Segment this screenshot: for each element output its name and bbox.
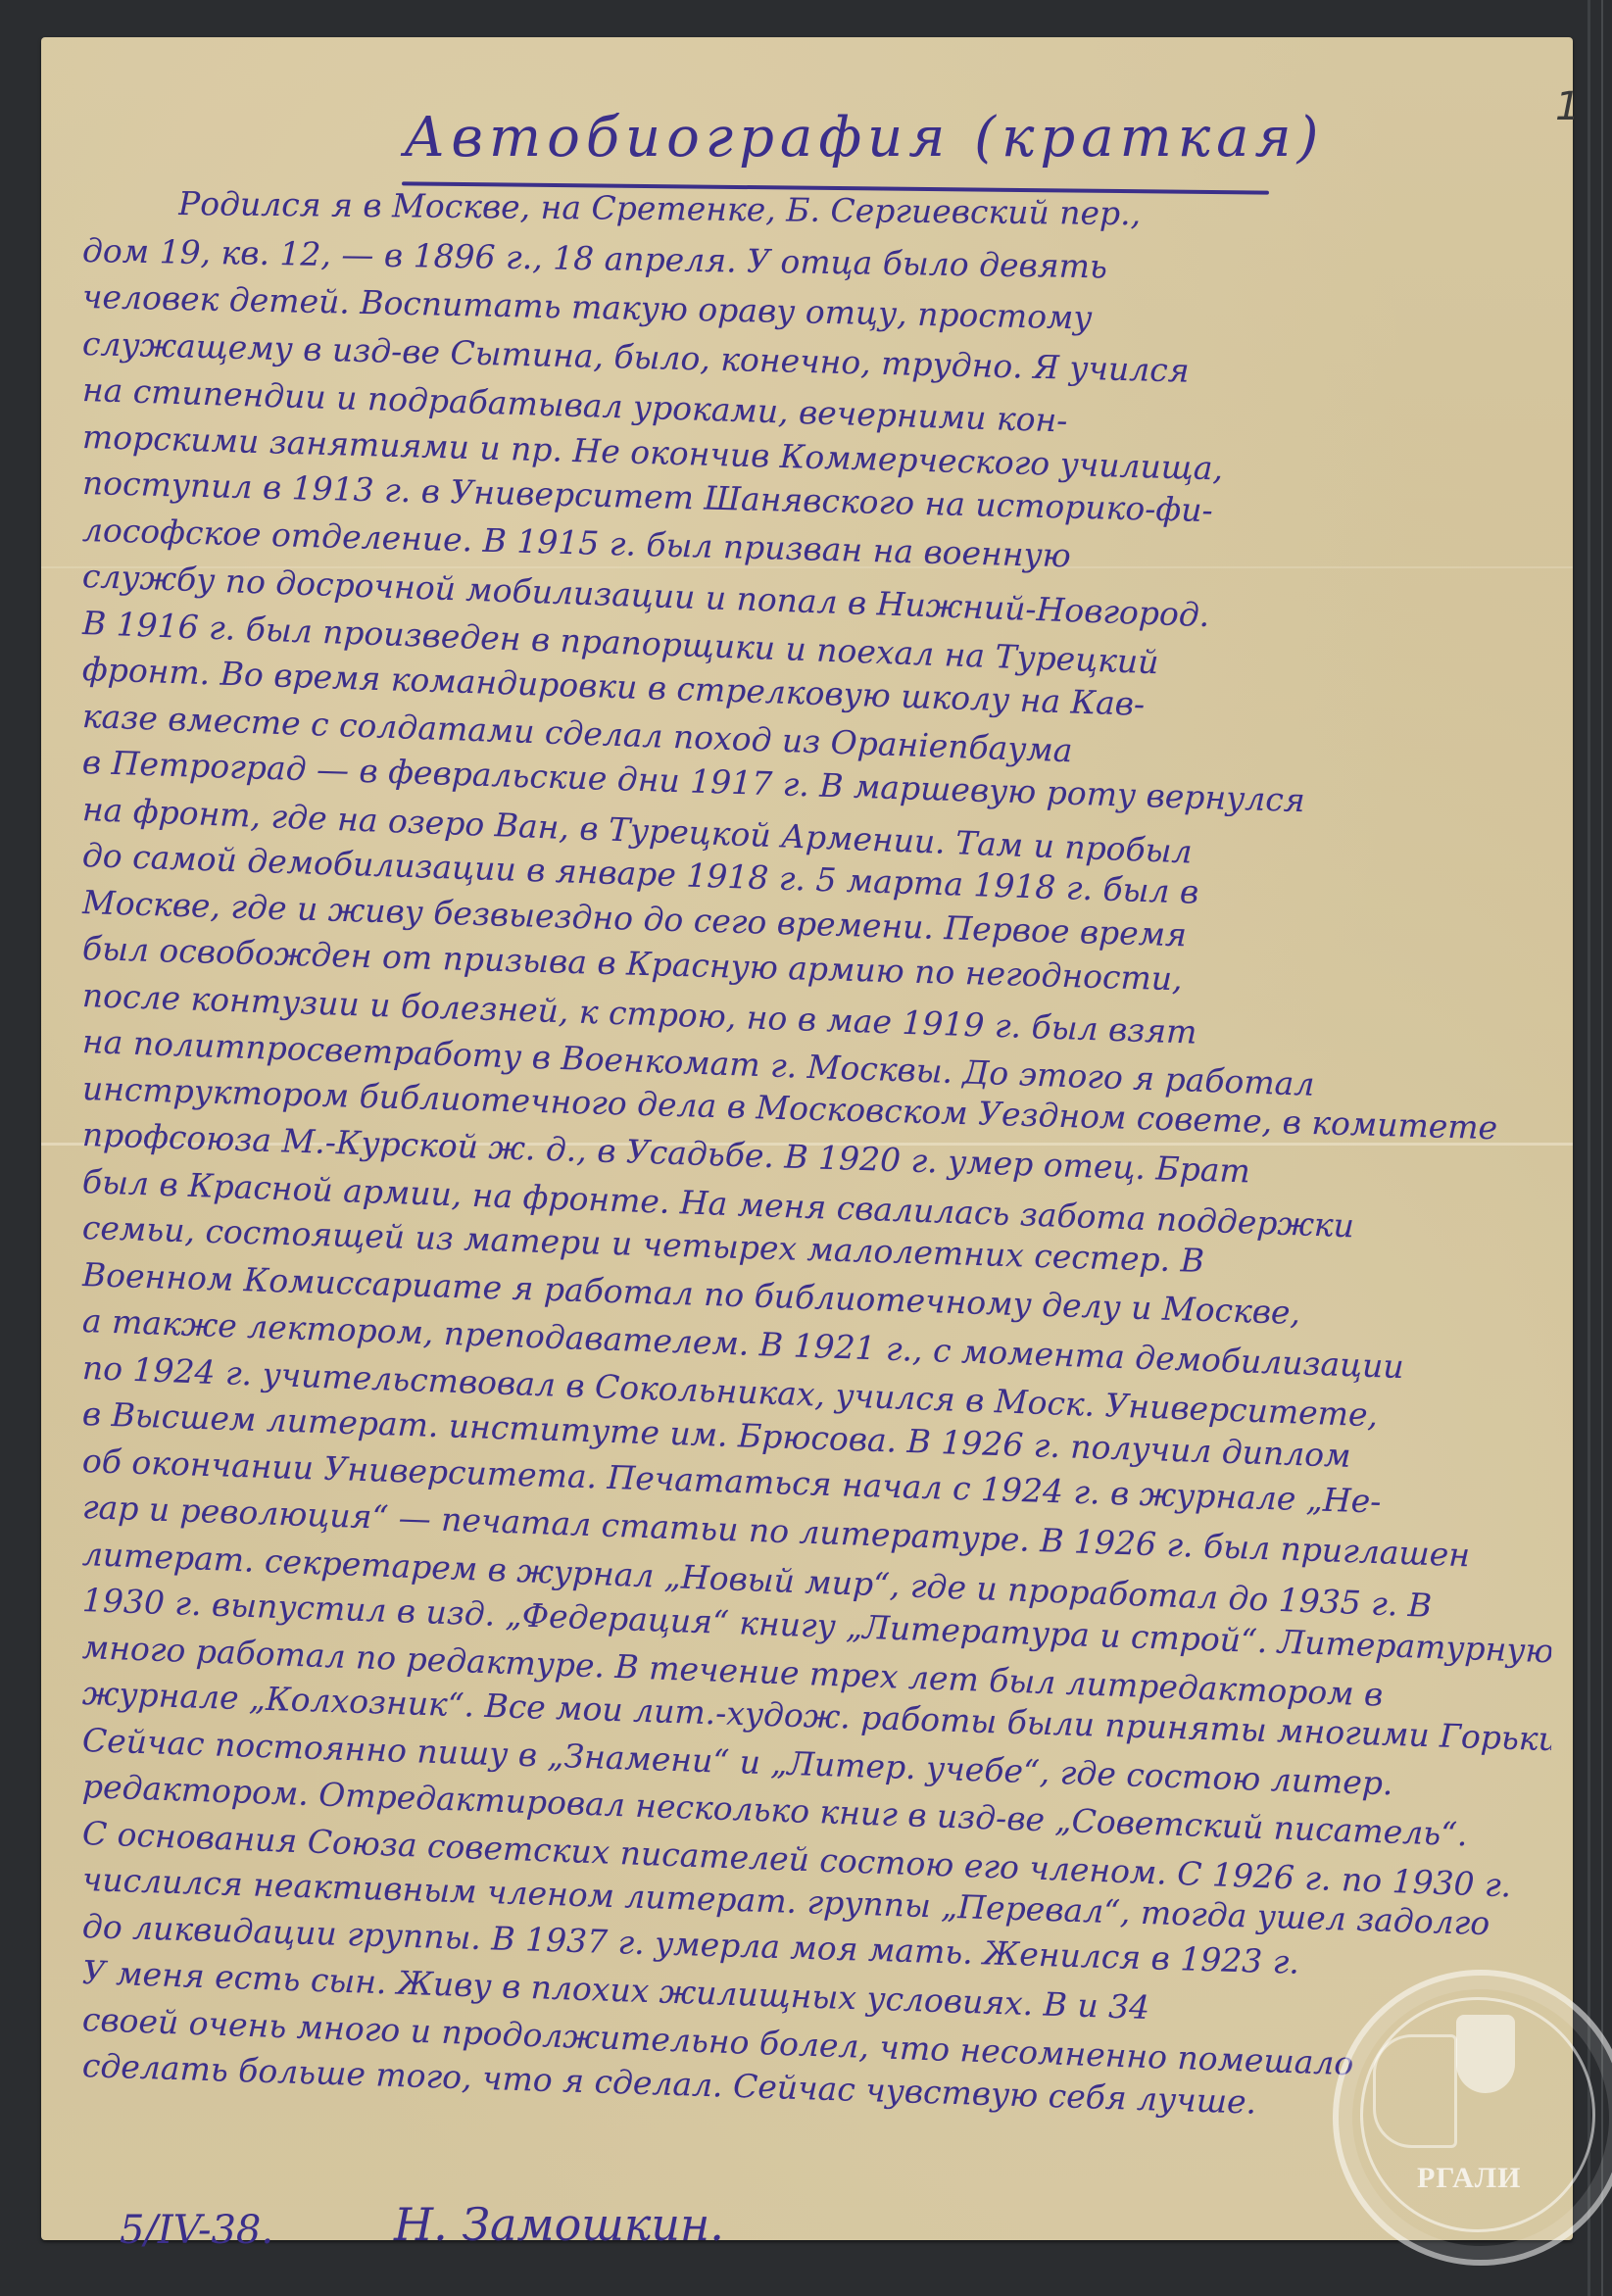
handwritten-line: Родился я в Москве, на Сретенке, Б. Серг… (178, 184, 1612, 239)
theatre-mask-icon (1456, 2015, 1515, 2093)
archival-page-number: 1 (1555, 84, 1580, 129)
palette-book-icon (1373, 2034, 1457, 2148)
document-page: 1 Автобиография (краткая) Родился я в Мо… (41, 37, 1573, 2240)
scanner-frame-edge-secondary (1601, 0, 1603, 2296)
document-title: Автобиография (краткая) (404, 106, 1324, 170)
document-date: 5/IV-38. (120, 2208, 273, 2253)
seal-label: РГАЛИ (1417, 2162, 1522, 2195)
rgali-archive-seal: РГАЛИ (1333, 1970, 1612, 2266)
scanner-frame-edge (1588, 0, 1590, 2296)
author-signature: Н. Замошкин. (394, 2198, 724, 2251)
